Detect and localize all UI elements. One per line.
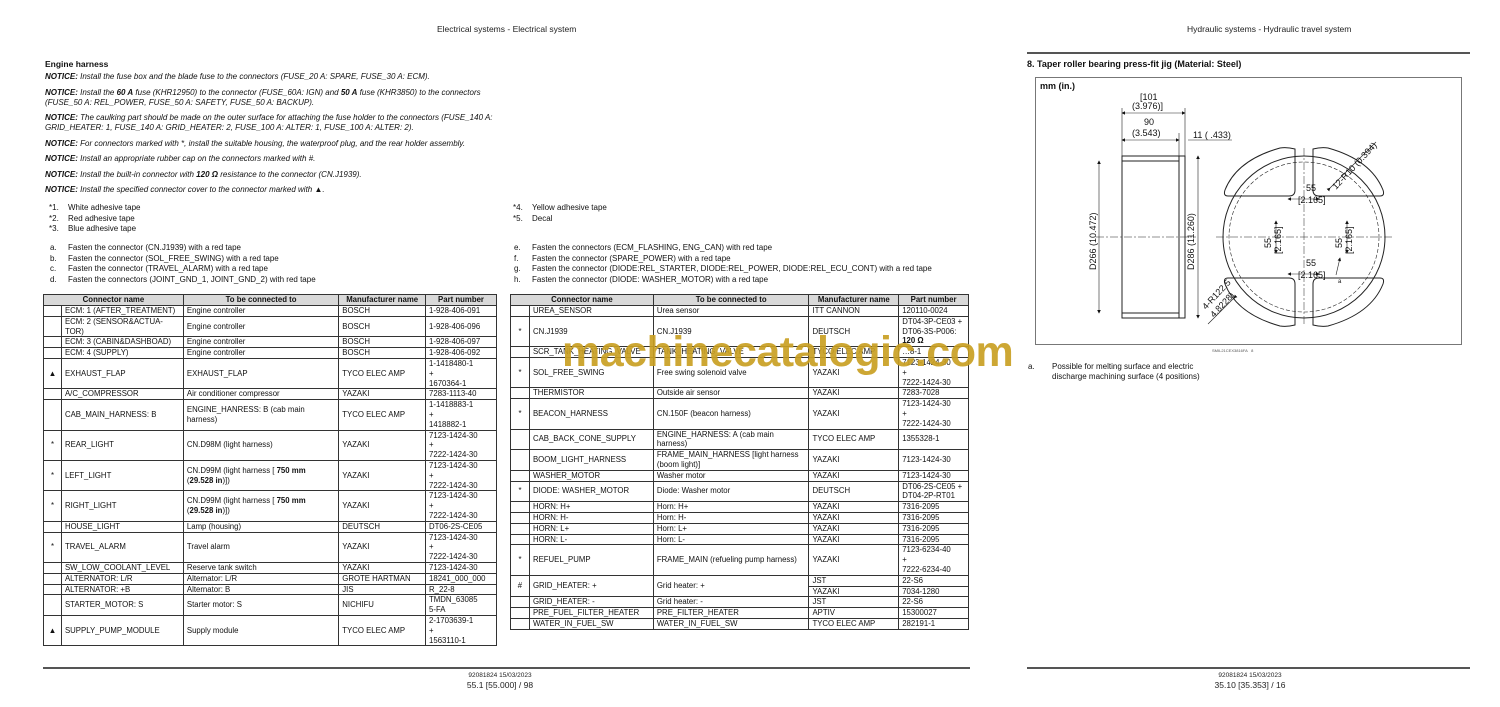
right-footer: 92081824 15/03/2023 35.10 [35.353] / 16 — [1150, 672, 1350, 690]
connector-name: THERMISTOR — [529, 388, 653, 399]
manufacturer: APTIV — [809, 608, 899, 619]
legend-text: Red adhesive tape — [68, 214, 135, 225]
legend-key: b. — [50, 254, 68, 265]
legend-key: *3. — [49, 224, 68, 235]
connector-name: GRID_HEATER: + — [529, 575, 653, 597]
connector-name: LEFT_LIGHT — [61, 460, 183, 490]
row-marker — [44, 521, 62, 532]
manufacturer: GROTE HARTMAN — [339, 573, 426, 584]
connected-to: Horn: L- — [653, 534, 809, 545]
row-marker — [44, 400, 62, 430]
manufacturer: BOSCH — [339, 337, 426, 348]
notice-3: NOTICE: The caulking part should be made… — [45, 113, 515, 133]
legend-key: *2. — [49, 214, 68, 225]
part-number: 1-1418480-1+1670364-1 — [426, 358, 497, 388]
connected-to: Grid heater: - — [653, 597, 809, 608]
connected-to: Free swing solenoid valve — [653, 357, 809, 387]
part-number: 282191-1 — [899, 618, 969, 629]
row-marker: * — [44, 460, 62, 490]
legend-key: d. — [50, 275, 68, 286]
legend-key: g. — [514, 264, 532, 275]
manufacturer: TYCO ELEC AMP — [339, 615, 426, 645]
table-row: ECM: 1 (AFTER_TREATMENT)Engine controlle… — [44, 306, 497, 317]
connected-to: CN.D99M (light harness [ 750 mm(29.528 i… — [183, 460, 338, 490]
part-number: R_22-8 — [426, 584, 497, 595]
dim-gap-right: 55 — [1334, 238, 1344, 248]
dim-gap-left-in: [2.165] — [1273, 226, 1283, 254]
part-number: 1-928-406-092 — [426, 348, 497, 359]
connector-name: REAR_LIGHT — [61, 430, 183, 460]
dim-gap-top-in: [2.165] — [1298, 195, 1326, 205]
dim-overall-width-in: (3.976)] — [1132, 101, 1163, 111]
jig-drawing-svg: [101 (3.976)] 90 (3.543) 11 ( .433) D266… — [1036, 78, 1463, 346]
manufacturer: TYCO ELEC AMP — [339, 358, 426, 388]
connector-name: SOL_FREE_SWING — [529, 357, 653, 387]
row-marker: # — [511, 575, 530, 597]
connector-name: ECM: 4 (SUPPLY) — [61, 348, 183, 359]
row-marker — [511, 470, 530, 481]
manufacturer: YAZAKI — [339, 532, 426, 562]
table-row: #GRID_HEATER: +Grid heater: +JST22-S6 — [511, 575, 969, 586]
connector-name: STARTER_MOTOR: S — [61, 595, 183, 616]
tape-legend-item: *2.Red adhesive tape — [49, 214, 141, 225]
row-marker — [511, 429, 530, 450]
connector-name: HORN: L+ — [529, 523, 653, 534]
tape-legend-item: *4.Yellow adhesive tape — [513, 203, 607, 214]
manufacturer: YAZAKI — [809, 512, 899, 523]
connected-to: ENGINE_HARNESS: A (cab mainharness) — [653, 429, 809, 450]
connected-to: EXHAUST_FLAP — [183, 358, 338, 388]
column-header: Manufacturer name — [809, 295, 899, 306]
legend-text: Fasten the connector (SOL_FREE_SWING) wi… — [68, 254, 279, 265]
connected-to: Air conditioner compressor — [183, 389, 338, 400]
step-item: h.Fasten the connector (DIODE: WASHER_MO… — [514, 275, 932, 286]
connector-name: CN.J1939 — [529, 316, 653, 346]
connector-name: WATER_IN_FUEL_SW — [529, 618, 653, 629]
part-number: 1-928-406-097 — [426, 337, 497, 348]
table-row: ECM: 3 (CABIN&DASHBOAD)Engine controller… — [44, 337, 497, 348]
notice-2: NOTICE: Install the 60 A fuse (KHR12950)… — [45, 88, 515, 108]
step-item: d.Fasten the connectors (JOINT_GND_1, JO… — [50, 275, 316, 286]
section-title: Engine harness — [45, 59, 108, 69]
connected-to: CN.J1939 — [653, 316, 809, 346]
legend-text: Fasten the connector (DIODE:REL_STARTER,… — [532, 264, 932, 275]
part-number: 7283-1113-40 — [426, 389, 497, 400]
connector-name: DIODE: WASHER_MOTOR — [529, 481, 653, 502]
legend-text: Fasten the connectors (ECM_FLASHING, ENG… — [532, 243, 772, 254]
manufacturer: TYCO ELEC AMP — [809, 347, 899, 358]
manufacturer: TYCO ELEC AMP — [339, 400, 426, 430]
connected-to: Starter motor: S — [183, 595, 338, 616]
step-item: f.Fasten the connector (SPARE_POWER) wit… — [514, 254, 932, 265]
manufacturer: BOSCH — [339, 306, 426, 317]
footer-page-number: 35.10 [35.353] / 16 — [1150, 680, 1350, 690]
table-row: ECM: 4 (SUPPLY)Engine controllerBOSCH1-9… — [44, 348, 497, 359]
notice-1: NOTICE: Install the fuse box and the bla… — [45, 72, 515, 82]
part-number: 22-S6 — [899, 597, 969, 608]
row-marker — [511, 608, 530, 619]
row-marker — [44, 316, 62, 337]
dim-inner-dia: D266 (10.472) — [1088, 212, 1098, 270]
connected-to: CN.D99M (light harness [ 750 mm(29.528 i… — [183, 491, 338, 521]
part-number: 7123-1424-30+7222-1424-30 — [899, 357, 969, 387]
connector-name: ECM: 1 (AFTER_TREATMENT) — [61, 306, 183, 317]
part-number: 7316-2095 — [899, 523, 969, 534]
row-marker — [44, 389, 62, 400]
connected-to: Alternator: B — [183, 584, 338, 595]
left-footer-rule — [43, 667, 970, 669]
step-item: c.Fasten the connector (TRAVEL_ALARM) wi… — [50, 264, 316, 275]
part-number: DT06-2S-CE05 +DT04-2P-RT01 — [899, 481, 969, 502]
column-header: To be connected to — [653, 295, 809, 306]
connector-name: PRE_FUEL_FILTER_HEATER — [529, 608, 653, 619]
manufacturer: DEUTSCH — [339, 521, 426, 532]
part-number: 7123-6234-40+7222-6234-40 — [899, 545, 969, 575]
legend-text: White adhesive tape — [68, 203, 141, 214]
part-number: 1-1418883-1+1418882-1 — [426, 400, 497, 430]
connector-name: SW_LOW_COOLANT_LEVEL — [61, 562, 183, 573]
row-marker — [44, 306, 62, 317]
table-row: ▲SUPPLY_PUMP_MODULESupply moduleTYCO ELE… — [44, 615, 497, 645]
legend-key: e. — [514, 243, 532, 254]
connector-name: REFUEL_PUMP — [529, 545, 653, 575]
table-row: *TRAVEL_ALARMTravel alarmYAZAKI7123-1424… — [44, 532, 497, 562]
legend-text: Fasten the connector (CN.J1939) with a r… — [68, 243, 241, 254]
part-number: …8-1 — [899, 347, 969, 358]
manufacturer: YAZAKI — [809, 502, 899, 513]
step-item: g.Fasten the connector (DIODE:REL_STARTE… — [514, 264, 932, 275]
dim-outer-dia: D286 (11.260) — [1186, 213, 1196, 270]
table-row: ▲EXHAUST_FLAPEXHAUST_FLAPTYCO ELEC AMP1-… — [44, 358, 497, 388]
connector-name: BEACON_HARNESS — [529, 399, 653, 429]
manufacturer: YAZAKI — [339, 430, 426, 460]
connector-name: ECM: 2 (SENSOR&ACTUA-TOR) — [61, 316, 183, 337]
table-row: ALTERNATOR: L/RAlternator: L/RGROTE HART… — [44, 573, 497, 584]
left-page-header: Electrical systems - Electrical system — [437, 24, 576, 34]
connected-to: FRAME_MAIN (refueling pump harness) — [653, 545, 809, 575]
step-item: a.Fasten the connector (CN.J1939) with a… — [50, 243, 316, 254]
connected-to: Alternator: L/R — [183, 573, 338, 584]
row-marker — [511, 388, 530, 399]
table-row: HORN: H+Horn: H+YAZAKI7316-2095 — [511, 502, 969, 513]
manufacturer: YAZAKI — [339, 389, 426, 400]
notices-list: NOTICE: Install the fuse box and the bla… — [45, 72, 515, 201]
table-row: BOOM_LIGHT_HARNESSFRAME_MAIN_HARNESS [li… — [511, 450, 969, 471]
part-number: 7316-2095 — [899, 502, 969, 513]
table-row: THERMISTOROutside air sensorYAZAKI7283-7… — [511, 388, 969, 399]
tape-legend-item: *1.White adhesive tape — [49, 203, 141, 214]
part-number: 2-1703639-1+1563110-1 — [426, 615, 497, 645]
legend-key: *5. — [513, 214, 532, 225]
tape-legend-item: *3.Blue adhesive tape — [49, 224, 141, 235]
table-row: UREA_SENSORUrea sensorITT CANNON120110-0… — [511, 306, 969, 317]
table-row: PRE_FUEL_FILTER_HEATERPRE_FILTER_HEATERA… — [511, 608, 969, 619]
manufacturer: JST — [809, 575, 899, 586]
connector-name: EXHAUST_FLAP — [61, 358, 183, 388]
manufacturer: YAZAKI — [809, 470, 899, 481]
notice-4: NOTICE: For connectors marked with *, in… — [45, 139, 515, 149]
connected-to: Lamp (housing) — [183, 521, 338, 532]
connector-name: GRID_HEATER: - — [529, 597, 653, 608]
row-marker — [44, 595, 62, 616]
table-row: A/C_COMPRESSORAir conditioner compressor… — [44, 389, 497, 400]
manufacturer: NICHIFU — [339, 595, 426, 616]
connector-table-right: Connector nameTo be connected toManufact… — [510, 294, 969, 630]
manufacturer: YAZAKI — [339, 460, 426, 490]
table-row: GRID_HEATER: -Grid heater: -JST22-S6 — [511, 597, 969, 608]
part-number: 7123-1424-30 — [899, 470, 969, 481]
table-header-row: Connector nameTo be connected toManufact… — [44, 295, 497, 306]
step-item: e.Fasten the connectors (ECM_FLASHING, E… — [514, 243, 932, 254]
column-header: Manufacturer name — [339, 295, 426, 306]
manufacturer: BOSCH — [339, 348, 426, 359]
part-number: 18241_000_000 — [426, 573, 497, 584]
connected-to: Diode: Washer motor — [653, 481, 809, 502]
row-marker: ▲ — [44, 615, 62, 645]
legend-text: Fasten the connector (SPARE_POWER) with … — [532, 254, 731, 265]
manufacturer: JST — [809, 597, 899, 608]
connected-to: CN.D98M (light harness) — [183, 430, 338, 460]
legend-key: *4. — [513, 203, 532, 214]
part-number: 22-S6 — [899, 575, 969, 586]
part-number: DT06-2S-CE05 — [426, 521, 497, 532]
manufacturer: TYCO ELEC AMP — [809, 429, 899, 450]
connected-to: WATER_IN_FUEL_SW — [653, 618, 809, 629]
figure-note-a: a. Possible for melting surface and elec… — [1028, 362, 1200, 382]
manufacturer: YAZAKI — [809, 523, 899, 534]
manufacturer: JIS — [339, 584, 426, 595]
manufacturer: YAZAKI — [809, 586, 899, 597]
dim-gap-left: 55 — [1263, 238, 1273, 248]
connector-name: BOOM_LIGHT_HARNESS — [529, 450, 653, 471]
row-marker — [511, 618, 530, 629]
row-marker — [44, 584, 62, 595]
part-number: 1355328-1 — [899, 429, 969, 450]
manufacturer: BOSCH — [339, 316, 426, 337]
row-marker: * — [511, 399, 530, 429]
table-row: SCR_TANK_HEATING_VALVETANK_HEATING_VALVE… — [511, 347, 969, 358]
connector-name: A/C_COMPRESSOR — [61, 389, 183, 400]
part-number: 7123-1424-30+7222-1424-30 — [426, 460, 497, 490]
table-row: HORN: L-Horn: L-YAZAKI7316-2095 — [511, 534, 969, 545]
note-text: Possible for melting surface and electri… — [1052, 362, 1200, 382]
table-row: HORN: H-Horn: H-YAZAKI7316-2095 — [511, 512, 969, 523]
table-row: SW_LOW_COOLANT_LEVELReserve tank switchY… — [44, 562, 497, 573]
part-number: 7123-1424-30 — [426, 562, 497, 573]
legend-key: h. — [514, 275, 532, 286]
connected-to: Travel alarm — [183, 532, 338, 562]
row-marker — [44, 562, 62, 573]
row-marker: * — [44, 491, 62, 521]
table-row: WASHER_MOTORWasher motorYAZAKI7123-1424-… — [511, 470, 969, 481]
connector-name: SUPPLY_PUMP_MODULE — [61, 615, 183, 645]
manufacturer: YAZAKI — [339, 491, 426, 521]
tape-legend-item: *5.Decal — [513, 214, 607, 225]
row-marker: * — [511, 545, 530, 575]
connected-to: PRE_FILTER_HEATER — [653, 608, 809, 619]
connected-to: Grid heater: + — [653, 575, 809, 597]
connector-name: HORN: H+ — [529, 502, 653, 513]
row-marker — [511, 512, 530, 523]
legend-key: f. — [514, 254, 532, 265]
connected-to: Horn: H+ — [653, 502, 809, 513]
connected-to: Engine controller — [183, 316, 338, 337]
connected-to: Horn: L+ — [653, 523, 809, 534]
table-header-row: Connector nameTo be connected toManufact… — [511, 295, 969, 306]
connector-name: UREA_SENSOR — [529, 306, 653, 317]
table-row: CAB_MAIN_HARNESS: BENGINE_HANRESS: B (ca… — [44, 400, 497, 430]
part-number: 7316-2095 — [899, 512, 969, 523]
row-marker — [511, 306, 530, 317]
table-row: *SOL_FREE_SWINGFree swing solenoid valve… — [511, 357, 969, 387]
manufacturer: YAZAKI — [809, 399, 899, 429]
part-number: 7316-2095 — [899, 534, 969, 545]
connected-to: Engine controller — [183, 348, 338, 359]
legend-text: Fasten the connector (DIODE: WASHER_MOTO… — [532, 275, 768, 286]
row-marker — [44, 573, 62, 584]
part-number: 7283-7028 — [899, 388, 969, 399]
row-marker — [44, 337, 62, 348]
tape-legend-right: *4.Yellow adhesive tape*5.Decal — [513, 203, 607, 224]
connector-name: TRAVEL_ALARM — [61, 532, 183, 562]
table-row: HOUSE_LIGHTLamp (housing)DEUTSCHDT06-2S-… — [44, 521, 497, 532]
table-row: HORN: L+Horn: L+YAZAKI7316-2095 — [511, 523, 969, 534]
part-number: 7123-1424-30+7222-1424-30 — [426, 532, 497, 562]
row-marker — [511, 347, 530, 358]
row-marker — [511, 502, 530, 513]
column-header: Connector name — [511, 295, 654, 306]
steps-left: a.Fasten the connector (CN.J1939) with a… — [50, 243, 316, 285]
tape-legend-left: *1.White adhesive tape*2.Red adhesive ta… — [49, 203, 141, 235]
connector-name: RIGHT_LIGHT — [61, 491, 183, 521]
right-header-rule — [1027, 52, 1470, 54]
connector-name: ECM: 3 (CABIN&DASHBOAD) — [61, 337, 183, 348]
part-number: 7123-1424-30+7222-1424-30 — [899, 399, 969, 429]
column-header: To be connected to — [183, 295, 338, 306]
manufacturer: YAZAKI — [339, 562, 426, 573]
connector-name: HORN: H- — [529, 512, 653, 523]
footer-page-number: 55.1 [55.000] / 98 — [400, 680, 600, 690]
legend-key: *1. — [49, 203, 68, 214]
part-number: 7123-1424-30 — [899, 450, 969, 471]
notice-5: NOTICE: Install an appropriate rubber ca… — [45, 154, 515, 164]
connector-name: HOUSE_LIGHT — [61, 521, 183, 532]
part-number: 7123-1424-30+7222-1424-30 — [426, 491, 497, 521]
manufacturer: YAZAKI — [809, 534, 899, 545]
manufacturer: TYCO ELEC AMP — [809, 618, 899, 629]
dim-body-width-in: (3.543) — [1132, 128, 1161, 138]
legend-text: Fasten the connectors (JOINT_GND_1, JOIN… — [68, 275, 316, 286]
row-marker: * — [511, 357, 530, 387]
row-marker: * — [511, 481, 530, 502]
part-number: TMDN_630855-FA — [426, 595, 497, 616]
part-number: 7123-1424-30+7222-1424-30 — [426, 430, 497, 460]
part-number: 120110-0024 — [899, 306, 969, 317]
connected-to: TANK_HEATING_VALVE — [653, 347, 809, 358]
legend-text: Decal — [532, 214, 552, 225]
dim-flange: 11 ( .433) — [1193, 130, 1231, 140]
table-row: WATER_IN_FUEL_SWWATER_IN_FUEL_SWTYCO ELE… — [511, 618, 969, 629]
connected-to: Horn: H- — [653, 512, 809, 523]
part-number: 15300027 — [899, 608, 969, 619]
manufacturer: YAZAKI — [809, 388, 899, 399]
part-number: 1-928-406-096 — [426, 316, 497, 337]
row-marker — [511, 597, 530, 608]
manufacturer: YAZAKI — [809, 450, 899, 471]
row-marker: * — [511, 316, 530, 346]
notice-7: NOTICE: Install the specified connector … — [45, 185, 515, 195]
connector-name: CAB_BACK_CONE_SUPPLY — [529, 429, 653, 450]
connector-name: ALTERNATOR: L/R — [61, 573, 183, 584]
column-header: Part number — [899, 295, 969, 306]
dim-gap-bottom: 55 — [1306, 258, 1316, 268]
table-row: *CN.J1939CN.J1939DEUTSCHDT04-3P-CE03 +DT… — [511, 316, 969, 346]
row-marker — [511, 450, 530, 471]
connector-name: CAB_MAIN_HARNESS: B — [61, 400, 183, 430]
connected-to: CN.150F (beacon harness) — [653, 399, 809, 429]
table-row: *BEACON_HARNESSCN.150F (beacon harness)Y… — [511, 399, 969, 429]
manufacturer: YAZAKI — [809, 357, 899, 387]
right-page-header: Hydraulic systems - Hydraulic travel sys… — [1187, 24, 1351, 34]
table-row: STARTER_MOTOR: SStarter motor: SNICHIFUT… — [44, 595, 497, 616]
connected-to: Urea sensor — [653, 306, 809, 317]
connected-to: Washer motor — [653, 470, 809, 481]
connected-to: Outside air sensor — [653, 388, 809, 399]
part-number: 1-928-406-091 — [426, 306, 497, 317]
column-header: Connector name — [44, 295, 184, 306]
row-marker — [511, 534, 530, 545]
legend-text: Yellow adhesive tape — [532, 203, 607, 214]
dim-gap-right-in: [2.165] — [1344, 226, 1354, 254]
table-row: *REAR_LIGHTCN.D98M (light harness)YAZAKI… — [44, 430, 497, 460]
legend-text: Blue adhesive tape — [68, 224, 136, 235]
note-key: a. — [1028, 362, 1052, 382]
footer-doc-id: 92081824 15/03/2023 — [1150, 672, 1350, 679]
manufacturer: YAZAKI — [809, 545, 899, 575]
connected-to: ENGINE_HANRESS: B (cab mainharness) — [183, 400, 338, 430]
right-footer-rule — [1027, 667, 1470, 669]
callout-a: a — [1338, 279, 1342, 285]
legend-key: a. — [50, 243, 68, 254]
table-row: ALTERNATOR: +BAlternator: BJISR_22-8 — [44, 584, 497, 595]
connected-to: Reserve tank switch — [183, 562, 338, 573]
technical-drawing: mm (in.) [101 (3.976)] 90 (3.543) 11 ( .… — [1035, 77, 1462, 345]
connected-to: Supply module — [183, 615, 338, 645]
left-footer: 92081824 15/03/2023 55.1 [55.000] / 98 — [400, 672, 600, 690]
row-marker: * — [44, 532, 62, 562]
connected-to: Engine controller — [183, 306, 338, 317]
manufacturer: DEUTSCH — [809, 316, 899, 346]
part-number: 7034-1280 — [899, 586, 969, 597]
legend-text: Fasten the connector (TRAVEL_ALARM) with… — [68, 264, 268, 275]
table-row: *DIODE: WASHER_MOTORDiode: Washer motorD… — [511, 481, 969, 502]
legend-key: c. — [50, 264, 68, 275]
row-marker: * — [44, 430, 62, 460]
connector-name: ALTERNATOR: +B — [61, 584, 183, 595]
figure-title: 8. Taper roller bearing press-fit jig (M… — [1027, 59, 1241, 69]
step-item: b.Fasten the connector (SOL_FREE_SWING) … — [50, 254, 316, 265]
connected-to: FRAME_MAIN_HARNESS [light harness(boom l… — [653, 450, 809, 471]
column-header: Part number — [426, 295, 497, 306]
connector-name: HORN: L- — [529, 534, 653, 545]
steps-right: e.Fasten the connectors (ECM_FLASHING, E… — [514, 243, 932, 285]
connector-table-left: Connector nameTo be connected toManufact… — [43, 294, 497, 646]
figure-id: SMIL21CEX3816FA 8 — [1212, 348, 1253, 353]
connected-to: Engine controller — [183, 337, 338, 348]
table-row: *RIGHT_LIGHTCN.D99M (light harness [ 750… — [44, 491, 497, 521]
dim-gap-bottom-in: [2.165] — [1298, 270, 1326, 280]
manufacturer: DEUTSCH — [809, 481, 899, 502]
